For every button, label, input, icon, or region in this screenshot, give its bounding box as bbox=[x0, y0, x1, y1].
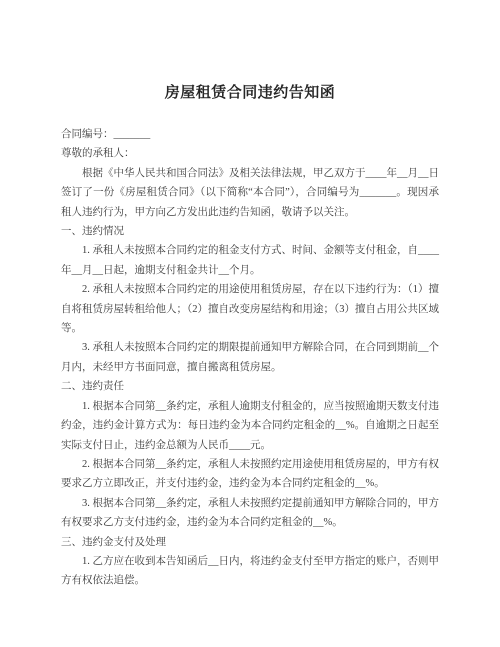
contract-number-blank: _______ bbox=[114, 129, 151, 140]
document-title: 房屋租赁合同违约告知函 bbox=[0, 0, 500, 105]
section-item: 1. 乙方应在收到本告知函后__日内，将违约金支付至甲方指定的账户，否则甲方有权… bbox=[61, 552, 439, 591]
section-heading: 三、违约金支付及处理 bbox=[61, 533, 439, 552]
contract-number-label: 合同编号： bbox=[61, 129, 114, 140]
section-item: 1. 承租人未按照本合同约定的租金支付方式、时间、金额等支付租金，自____年_… bbox=[61, 241, 439, 280]
section-item: 3. 根据本合同第__条约定，承租人未按照约定提前通知甲方解除合同的，甲方有权要… bbox=[61, 494, 439, 533]
contract-number-line: 合同编号：_______ bbox=[61, 125, 439, 144]
salutation: 尊敬的承租人： bbox=[61, 144, 439, 163]
intro-paragraph: 根据《中华人民共和国合同法》及相关法律法规，甲乙双方于____年__月__日签订… bbox=[61, 164, 439, 222]
section-item: 3. 承租人未按照本合同约定的期限提前通知甲方解除合同，在合同到期前__个月内，… bbox=[61, 338, 439, 377]
section-heading: 二、违约责任 bbox=[61, 377, 439, 396]
sections-container: 一、违约情况1. 承租人未按照本合同约定的租金支付方式、时间、金额等支付租金，自… bbox=[61, 222, 439, 591]
section-item: 1. 根据本合同第__条约定，承租人逾期支付租金的，应当按照逾期天数支付违约金，… bbox=[61, 397, 439, 455]
section-item: 2. 承租人未按照本合同约定的用途使用租赁房屋，存在以下违约行为：（1）擅自将租… bbox=[61, 280, 439, 338]
section-heading: 一、违约情况 bbox=[61, 222, 439, 241]
document-page: 房屋租赁合同违约告知函 合同编号：_______ 尊敬的承租人： 根据《中华人民… bbox=[0, 0, 500, 647]
section-item: 2. 根据本合同第__条约定，承租人未按照约定用途使用租赁房屋的，甲方有权要求乙… bbox=[61, 455, 439, 494]
document-content: 合同编号：_______ 尊敬的承租人： 根据《中华人民共和国合同法》及相关法律… bbox=[61, 125, 439, 591]
